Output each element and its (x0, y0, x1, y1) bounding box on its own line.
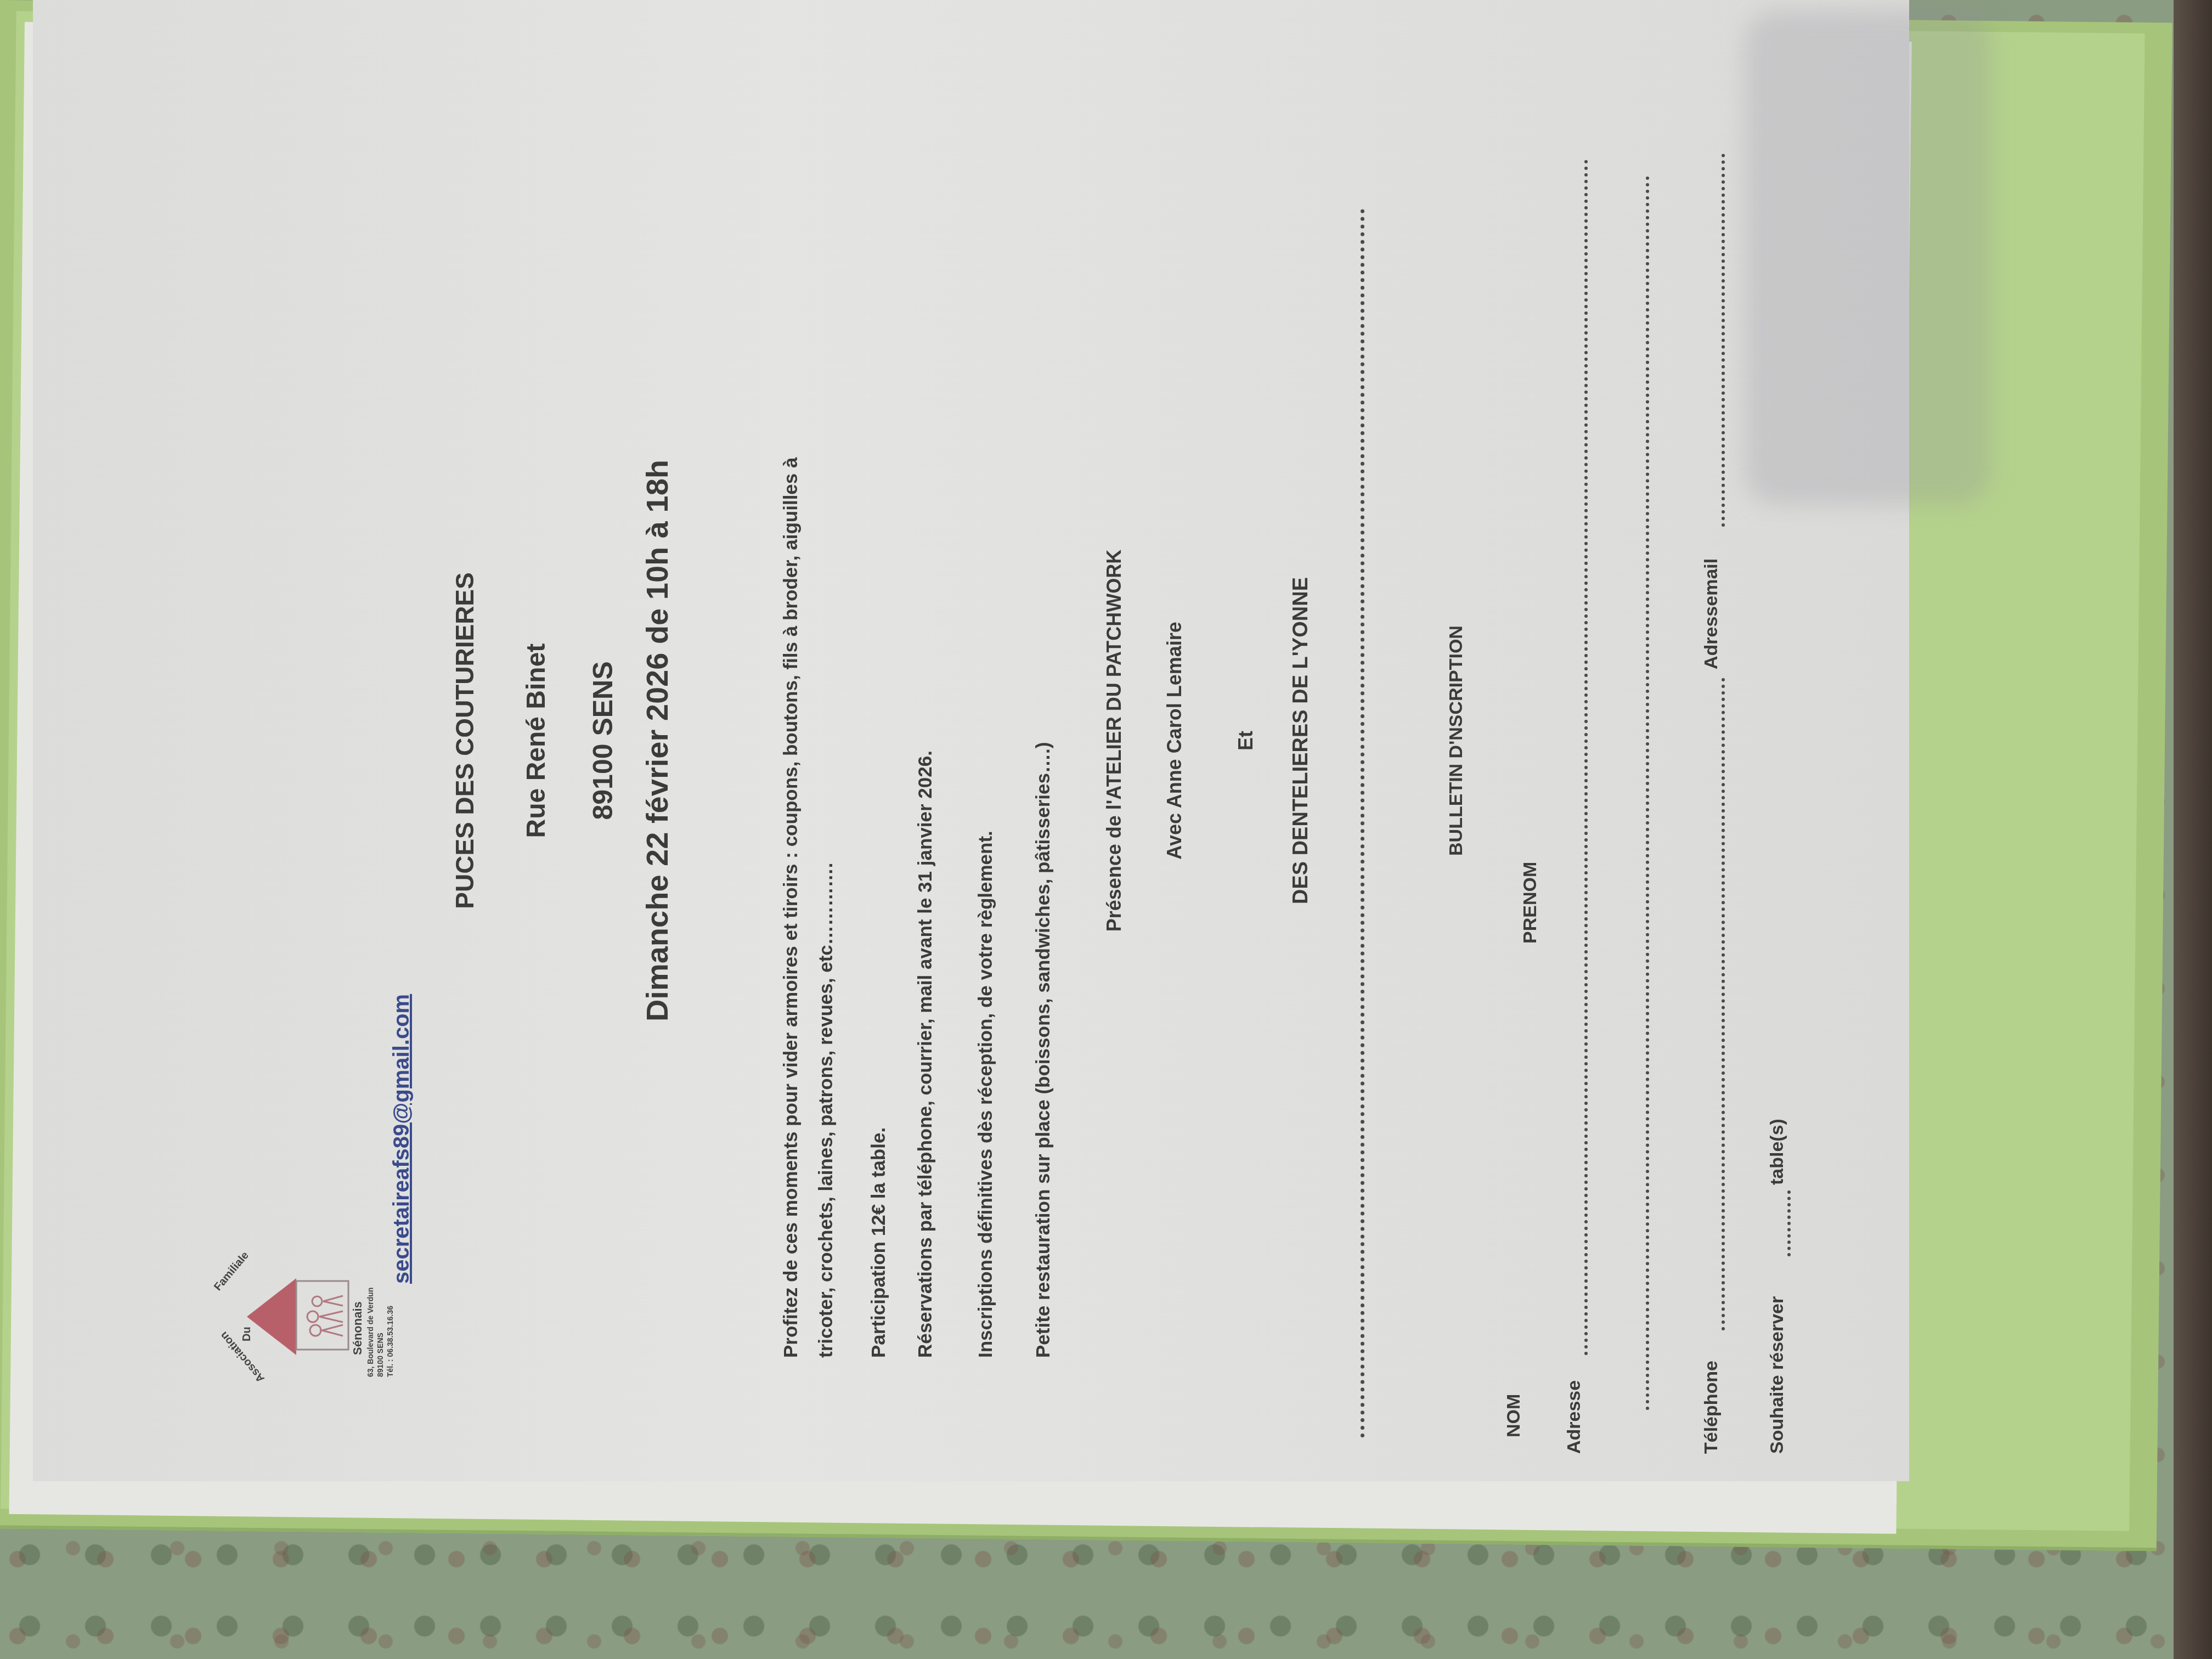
event-title: PUCES DES COUTURIERES (450, 0, 479, 1481)
guest-line-3: Et (1234, 0, 1257, 1481)
adresse-field-label: Adresse (1564, 1380, 1585, 1454)
contact-email-link[interactable]: secretaireafs89@gmail.com (390, 994, 414, 1284)
guest-line-2: Avec Anne Carol Lemaire (1163, 0, 1186, 1481)
email-fill-line[interactable] (1722, 154, 1725, 527)
intro-line-1: Profitez de ces moments pour vider armoi… (774, 41, 809, 1358)
inscriptions-text: Inscriptions définitives dès réception, … (968, 41, 1003, 1358)
logo-phone: Tél. : 06.38.53.16.36 (385, 1306, 395, 1377)
cut-line-separator (1361, 208, 1364, 1437)
flyer-page: Association Du Familiale Sénonais 63, Bo… (33, 0, 1909, 1481)
adresse-fill-line[interactable] (1584, 159, 1588, 1355)
guest-line-1: Présence de l'ATELIER DU PATCHWORK (1103, 0, 1126, 1481)
tables-suffix-label: table(s) (1767, 1119, 1788, 1185)
event-city: 89100 SENS (587, 0, 619, 1481)
guest-line-4: DES DENTELIERES DE L'YONNE (1289, 0, 1313, 1481)
prenom-field-label: PRENOM (1520, 862, 1541, 944)
adresse-fill-line-2[interactable] (1646, 176, 1649, 1410)
logo-arc-word-2: Du (240, 1327, 253, 1341)
telephone-fill-line[interactable] (1722, 678, 1725, 1330)
email-field-label: Adressemail (1701, 558, 1722, 669)
logo-address-line1: 63, Boulevard de Verdun (365, 1288, 375, 1377)
form-title: BULLETIN D'NSCRIPTION (1446, 0, 1467, 1481)
phone-shadow (1745, 11, 1991, 505)
logo-address-line2: 89100 SENS (375, 1333, 385, 1377)
association-logo: Association Du Familiale Sénonais 63, Bo… (214, 1201, 395, 1399)
event-date: Dimanche 22 février 2026 de 10h à 18h (639, 0, 675, 1481)
reserve-field-label: Souhaite réserver (1767, 1296, 1788, 1454)
telephone-field-label: Téléphone (1701, 1361, 1722, 1454)
event-street: Rue René Binet (521, 0, 551, 1481)
logo-name: Sénonais (351, 1301, 364, 1355)
tables-count-fill-line[interactable] (1787, 1190, 1791, 1256)
dark-background-edge (2174, 0, 2212, 1659)
intro-paragraph: Profitez de ces moments pour vider armoi… (774, 41, 844, 1358)
participation-text: Participation 12€ la table. (861, 41, 896, 1358)
nom-field-label: NOM (1503, 1394, 1525, 1437)
restauration-text: Petite restauration sur place (boissons,… (1026, 41, 1061, 1358)
intro-line-2: tricoter, crochets, laines, patrons, rev… (809, 41, 844, 1358)
reservations-text: Réservations par téléphone, courrier, ma… (908, 41, 943, 1358)
